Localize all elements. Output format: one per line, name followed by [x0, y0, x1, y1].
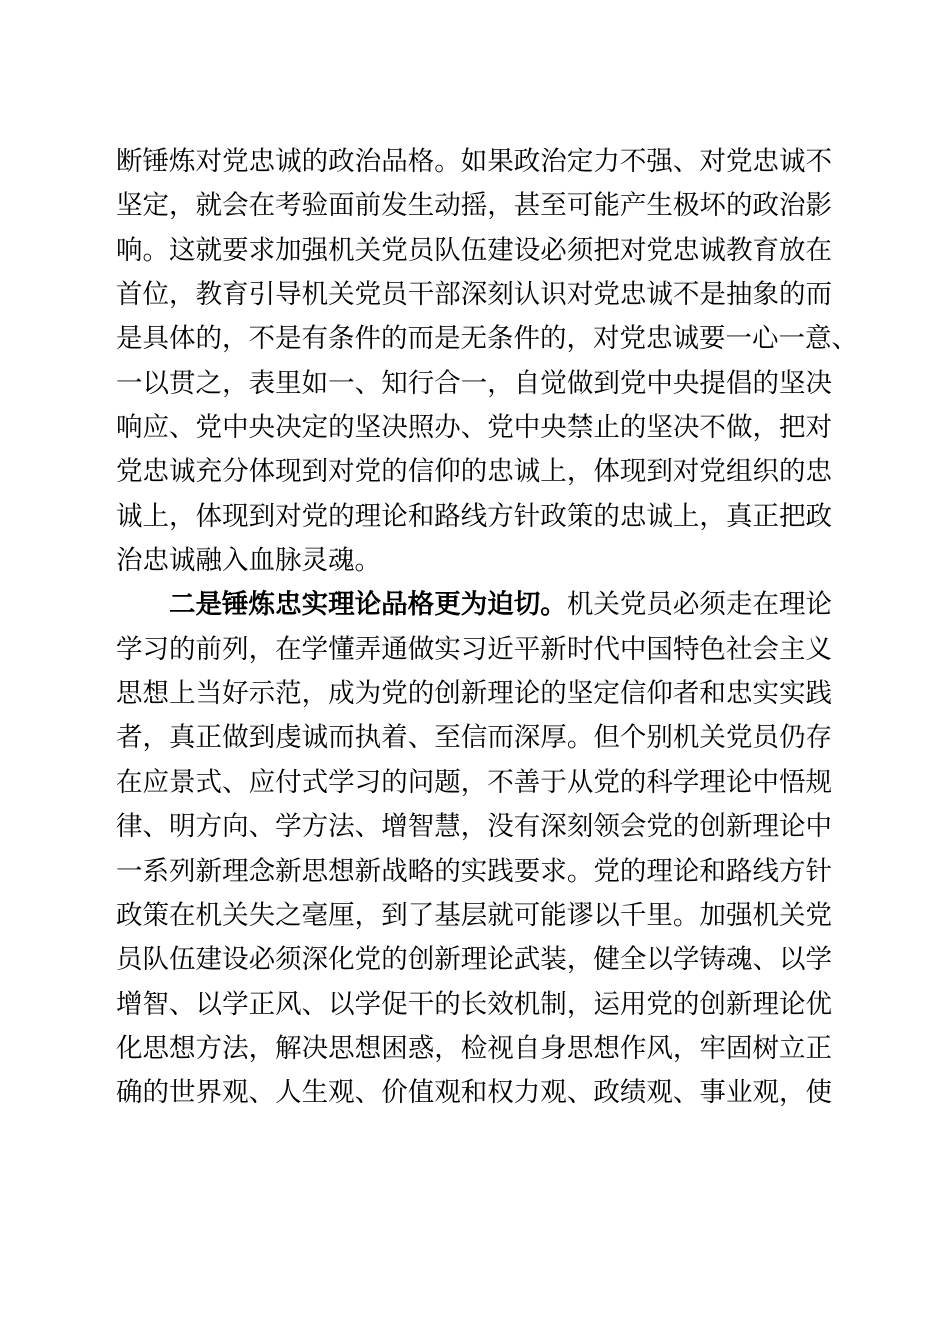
body-text: 是具体的，不是有条件的而是无条件的，对党忠诚要一心一意、	[116, 323, 858, 353]
text-line: 二是锤炼忠实理论品格更为迫切。机关党员必须走在理论	[116, 582, 832, 626]
document-page: 断锤炼对党忠诚的政治品格。如果政治定力不强、对党忠诚不坚定，就会在考验面前发生动…	[0, 0, 950, 1344]
text-line: 党忠诚充分体现到对党的信仰的忠诚上，体现到对党组织的忠	[116, 449, 832, 493]
text-line: 诚上，体现到对党的理论和路线方针政策的忠诚上，真正把政	[116, 494, 832, 538]
body-text: 响应、党中央决定的坚决照办、党中央禁止的坚决不做，把对	[116, 412, 832, 442]
body-text: 在应景式、应付式学习的问题，不善于从党的科学理论中悟规	[116, 767, 832, 797]
text-line: 政策在机关失之毫厘，到了基层就可能谬以千里。加强机关党	[116, 893, 832, 937]
body-text: 者，真正做到虔诚而执着、至信而深厚。但个别机关党员仍存	[116, 722, 832, 752]
body-text: 确的世界观、人生观、价值观和权力观、政绩观、事业观，使	[116, 1077, 832, 1107]
body-text: 学习的前列，在学懂弄通做实习近平新时代中国特色社会主义	[116, 634, 832, 664]
text-line: 一系列新理念新思想新战略的实践要求。党的理论和路线方针	[116, 849, 832, 893]
text-line: 增智、以学正风、以学促干的长效机制，运用党的创新理论优	[116, 982, 832, 1026]
text-line: 思想上当好示范，成为党的创新理论的坚定信仰者和忠实实践	[116, 671, 832, 715]
paragraph-lead-bold-text: 二是锤炼忠实理论品格更为迫切。	[169, 589, 567, 619]
text-line: 化思想方法，解决思想困惑，检视自身思想作风，牢固树立正	[116, 1026, 832, 1070]
text-line: 响。这就要求加强机关党员队伍建设必须把对党忠诚教育放在	[116, 228, 832, 272]
body-text: 一以贯之，表里如一、知行合一，自觉做到党中央提倡的坚决	[116, 368, 832, 398]
text-line: 律、明方向、学方法、增智慧，没有深刻领会党的创新理论中	[116, 804, 832, 848]
text-line: 在应景式、应付式学习的问题，不善于从党的科学理论中悟规	[116, 760, 832, 804]
document-body: 断锤炼对党忠诚的政治品格。如果政治定力不强、对党忠诚不坚定，就会在考验面前发生动…	[116, 139, 832, 1115]
body-text: 断锤炼对党忠诚的政治品格。如果政治定力不强、对党忠诚不	[116, 146, 832, 176]
text-line: 响应、党中央决定的坚决照办、党中央禁止的坚决不做，把对	[116, 405, 832, 449]
body-text: 思想上当好示范，成为党的创新理论的坚定信仰者和忠实实践	[116, 678, 832, 708]
text-line: 断锤炼对党忠诚的政治品格。如果政治定力不强、对党忠诚不	[116, 139, 832, 183]
body-text: 机关党员必须走在理论	[567, 589, 832, 619]
body-text: 党忠诚充分体现到对党的信仰的忠诚上，体现到对党组织的忠	[116, 456, 832, 486]
text-line: 首位，教育引导机关党员干部深刻认识对党忠诚不是抽象的而	[116, 272, 832, 316]
body-text: 增智、以学正风、以学促干的长效机制，运用党的创新理论优	[116, 989, 832, 1019]
text-line: 确的世界观、人生观、价值观和权力观、政绩观、事业观，使	[116, 1070, 832, 1114]
body-text: 员队伍建设必须深化党的创新理论武装，健全以学铸魂、以学	[116, 944, 832, 974]
body-text: 化思想方法，解决思想困惑，检视自身思想作风，牢固树立正	[116, 1033, 832, 1063]
body-text: 首位，教育引导机关党员干部深刻认识对党忠诚不是抽象的而	[116, 279, 832, 309]
text-line: 坚定，就会在考验面前发生动摇，甚至可能产生极坏的政治影	[116, 183, 832, 227]
text-line: 治忠诚融入血脉灵魂。	[116, 538, 832, 582]
text-line: 者，真正做到虔诚而执着、至信而深厚。但个别机关党员仍存	[116, 715, 832, 759]
body-text: 治忠诚融入血脉灵魂。	[116, 545, 381, 575]
text-line: 员队伍建设必须深化党的创新理论武装，健全以学铸魂、以学	[116, 937, 832, 981]
body-text: 响。这就要求加强机关党员队伍建设必须把对党忠诚教育放在	[116, 235, 832, 265]
body-text: 政策在机关失之毫厘，到了基层就可能谬以千里。加强机关党	[116, 900, 832, 930]
body-text: 一系列新理念新思想新战略的实践要求。党的理论和路线方针	[116, 856, 832, 886]
body-text: 律、明方向、学方法、增智慧，没有深刻领会党的创新理论中	[116, 811, 832, 841]
text-line: 是具体的，不是有条件的而是无条件的，对党忠诚要一心一意、	[116, 316, 832, 360]
text-line: 一以贯之，表里如一、知行合一，自觉做到党中央提倡的坚决	[116, 361, 832, 405]
body-text: 诚上，体现到对党的理论和路线方针政策的忠诚上，真正把政	[116, 501, 832, 531]
text-line: 学习的前列，在学懂弄通做实习近平新时代中国特色社会主义	[116, 627, 832, 671]
body-text: 坚定，就会在考验面前发生动摇，甚至可能产生极坏的政治影	[116, 190, 832, 220]
